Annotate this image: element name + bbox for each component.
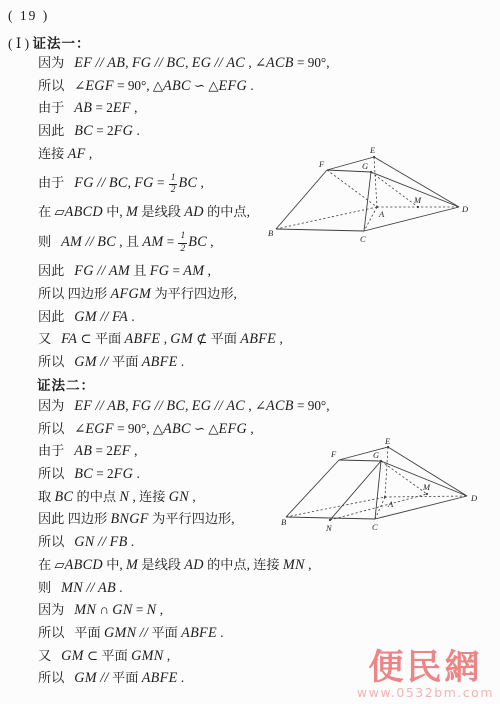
fraction-one-half: 12	[169, 174, 178, 196]
proof-line: 因为 EF // AB, FG // BC, EG // AC , ∠ACB =…	[38, 395, 330, 418]
method1-title: 证法一：	[32, 36, 90, 51]
fig2-label-E: E	[384, 436, 391, 446]
fig1-label-A: A	[378, 209, 385, 219]
proof-line: 在 ▱ABCD 中, M 是线段 AD 的中点, 连接 MN ,	[38, 554, 330, 577]
fig2-label-A: A	[387, 499, 394, 509]
document-page: ( 19 ) ( Ⅰ ) 证法一： 因为 EF // AB, FG // BC,…	[0, 0, 500, 704]
proof-line: 所以 GM // 平面 ABFE .	[38, 667, 330, 690]
proof-line: 所以 GM // 平面 ABFE .	[38, 351, 330, 374]
part1-heading: ( Ⅰ ) 证法一：	[8, 32, 90, 52]
watermark: 便民網 www.0532bm.com	[357, 650, 494, 700]
fig2-label-M: M	[422, 482, 431, 492]
fig1-label-B: B	[268, 228, 273, 238]
watermark-brand: 便民網	[357, 650, 494, 685]
proof-line: 所以 ∠EGF = 90°, △ABC ∽ △EFG .	[38, 75, 330, 98]
figure1-svg: E F G B C A M D	[268, 140, 498, 252]
proof-line: 因此 GM // FA .	[38, 306, 330, 329]
fig2-label-G: G	[373, 450, 379, 460]
fraction-one-half: 12	[178, 232, 187, 254]
fig2-label-D: D	[470, 493, 478, 503]
fig1-label-D: D	[461, 204, 469, 214]
method2-title: 证法二：	[37, 378, 95, 393]
proof-line: 又 FA ⊂ 平面 ABFE , GM ⊄ 平面 ABFE ,	[38, 328, 330, 351]
watermark-url: www.0532bm.com	[357, 687, 494, 700]
proof-line: 所以 四边形 AFGM 为平行四边形,	[38, 283, 330, 306]
fig1-label-M: M	[413, 195, 422, 205]
fig1-label-C: C	[360, 234, 366, 244]
proof-line: 因为 MN ∩ GN = N ,	[38, 599, 330, 622]
figure-method2-diagram: E F G B N C A M D	[281, 436, 500, 545]
proof-line: 因为 EF // AB, FG // BC, EG // AC , ∠ACB =…	[38, 52, 330, 75]
part-label: ( Ⅰ )	[8, 36, 32, 51]
fig1-label-G: G	[362, 161, 368, 171]
proof-line: 又 GM ⊂ 平面 GMN ,	[38, 645, 330, 668]
fig2-label-N: N	[325, 523, 333, 533]
fig1-label-E: E	[369, 145, 376, 155]
proof-line: 因此 FG // AM 且 FG = AM ,	[38, 260, 330, 283]
fig2-label-F: F	[330, 449, 337, 459]
figure2-svg: E F G B N C A M D	[281, 436, 500, 540]
proof-line: 则 MN // AB .	[38, 577, 330, 600]
part2-heading: 证法二：	[37, 374, 95, 394]
figure-method1-diagram: E F G B C A M D	[268, 140, 498, 257]
fig2-label-B: B	[281, 517, 286, 527]
problem-number: ( 19 )	[8, 8, 49, 24]
proof-line: 由于 AB = 2EF ,	[38, 97, 330, 120]
fig2-label-C: C	[372, 522, 378, 532]
fig1-label-F: F	[318, 159, 325, 169]
proof-line: 所以 平面 GMN // 平面 ABFE .	[38, 622, 330, 645]
